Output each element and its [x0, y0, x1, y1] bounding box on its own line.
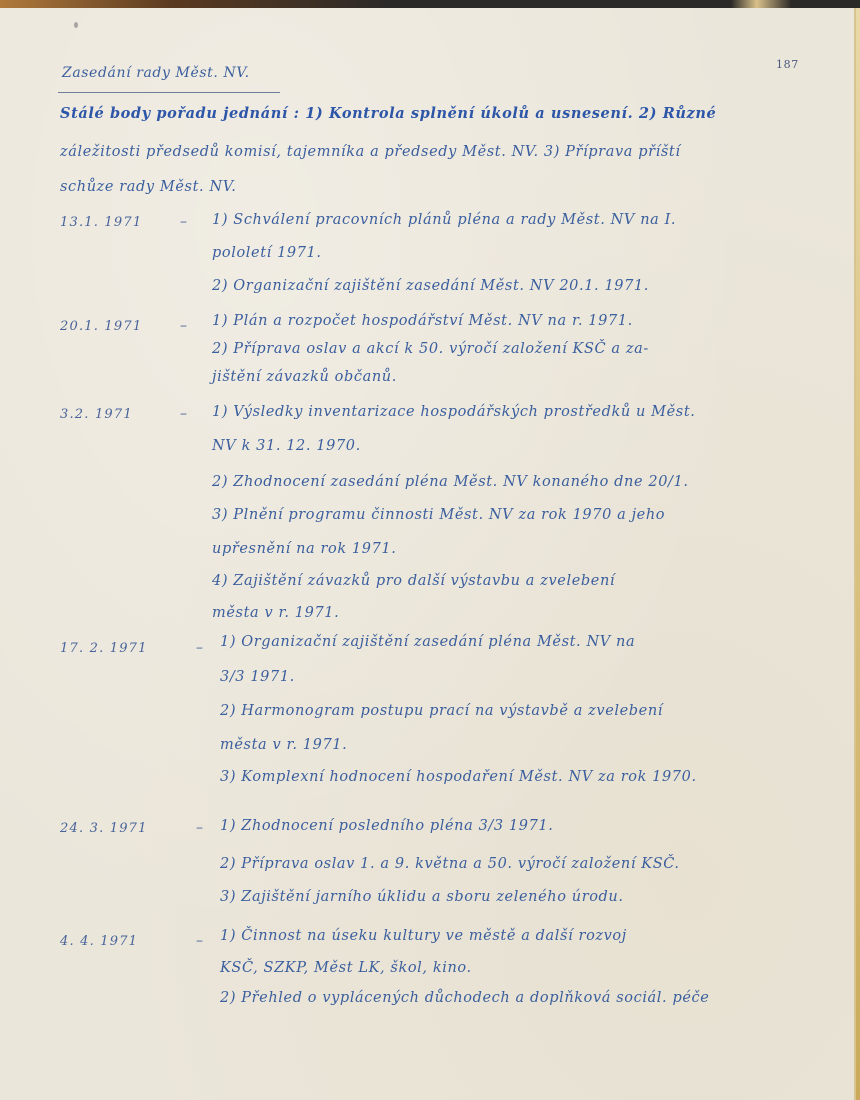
standing-points-line: záležitosti předsedů komisí, tajemníka a… — [60, 144, 681, 160]
entry-line: jištění závazků občanů. — [212, 369, 397, 385]
entry-line: KSČ, SZKP, Měst LK, škol, kino. — [220, 960, 472, 976]
entry-dash: – — [196, 933, 204, 949]
entry-date: 20.1. 1971 — [60, 319, 142, 334]
entry-dash: – — [180, 406, 188, 422]
entry-line: 1) Výsledky inventarizace hospodářských … — [212, 404, 695, 420]
entry-line: 3/3 1971. — [220, 669, 295, 685]
entry-dash: – — [196, 820, 204, 836]
entry-line: 2) Zhodnocení zasedání pléna Měst. NV ko… — [212, 474, 689, 490]
entry-line: 1) Plán a rozpočet hospodářství Měst. NV… — [212, 313, 633, 329]
entry-line: pololetí 1971. — [212, 245, 322, 261]
page-edge — [856, 8, 860, 1100]
entry-line: 2) Příprava oslav a akcí k 50. výročí za… — [212, 341, 649, 357]
entry-line: 2) Přehled o vyplácených důchodech a dop… — [220, 990, 709, 1006]
entry-dash: – — [180, 214, 188, 230]
entry-line: NV k 31. 12. 1970. — [212, 438, 361, 454]
entry-dash: – — [180, 318, 188, 334]
scan-background-edge — [0, 0, 860, 8]
title-underline — [58, 92, 280, 93]
entry-date: 24. 3. 1971 — [60, 821, 148, 836]
entry-date: 4. 4. 1971 — [60, 934, 138, 949]
entry-line: 1) Schválení pracovních plánů pléna a ra… — [212, 212, 676, 228]
entry-date: 13.1. 1971 — [60, 215, 142, 230]
entry-line: 1) Činnost na úseku kultury ve městě a d… — [220, 928, 627, 944]
entry-line: 3) Plnění programu činnosti Měst. NV za … — [212, 507, 665, 523]
entry-line: 3) Zajištění jarního úklidu a sboru zele… — [220, 889, 624, 905]
standing-points-line: schůze rady Měst. NV. — [60, 179, 236, 195]
entry-line: 3) Komplexní hodnocení hospodaření Měst.… — [220, 769, 697, 785]
page-number: 187 — [776, 58, 799, 71]
entry-line: města v r. 1971. — [220, 737, 347, 753]
entry-date: 3.2. 1971 — [60, 407, 133, 422]
entry-date: 17. 2. 1971 — [60, 641, 148, 656]
entry-line: 2) Harmonogram postupu prací na výstavbě… — [220, 703, 663, 719]
entry-line: 1) Organizační zajištění zasedání pléna … — [220, 634, 635, 650]
ink-smudge — [74, 22, 78, 28]
entry-line: upřesnění na rok 1971. — [212, 541, 396, 557]
standing-points-line: Stálé body pořadu jednání : 1) Kontrola … — [60, 105, 716, 122]
entry-line: 4) Zajištění závazků pro další výstavbu … — [212, 573, 615, 589]
entry-line: 2) Příprava oslav 1. a 9. května a 50. v… — [220, 856, 680, 872]
entry-line: města v r. 1971. — [212, 605, 339, 621]
page-title: Zasedání rady Měst. NV. — [62, 65, 250, 85]
entry-line: 1) Zhodnocení posledního pléna 3/3 1971. — [220, 818, 553, 834]
entry-dash: – — [196, 640, 204, 656]
entry-line: 2) Organizační zajištění zasedání Měst. … — [212, 278, 649, 294]
